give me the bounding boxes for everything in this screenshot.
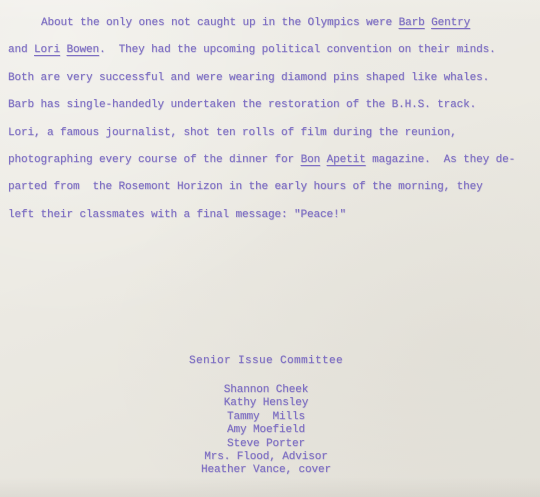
typed-line: Lori, a famous journalist, shot ten roll… (8, 120, 534, 147)
committee-member: Heather Vance, cover (0, 464, 532, 477)
committee-member: Mrs. Flood, Advisor (0, 451, 532, 464)
underlined-text: Bowen (67, 44, 100, 56)
committee-member: Kathy Hensley (0, 397, 532, 410)
committee-heading: Senior Issue Committee (0, 354, 532, 368)
typed-line: Both are very successful and were wearin… (8, 65, 534, 92)
typed-line: parted from the Rosemont Horizon in the … (8, 174, 534, 201)
committee-member: Amy Moefield (0, 424, 532, 437)
underlined-text: Barb (399, 17, 425, 29)
typed-line: photographing every course of the dinner… (8, 147, 534, 174)
underlined-text: Apetit (327, 154, 366, 166)
typed-paragraph: About the only ones not caught up in the… (8, 10, 534, 229)
typewritten-page: About the only ones not caught up in the… (0, 0, 540, 497)
underlined-text: Gentry (431, 17, 470, 29)
typed-line: Barb has single-handedly undertaken the … (8, 92, 534, 119)
underlined-text: Bon (301, 154, 321, 166)
typed-line: About the only ones not caught up in the… (8, 10, 534, 37)
typed-line: left their classmates with a final messa… (8, 202, 534, 229)
committee-member: Steve Porter (0, 438, 532, 451)
committee-list: Shannon CheekKathy HensleyTammy MillsAmy… (0, 384, 532, 478)
typed-line: and Lori Bowen. They had the upcoming po… (8, 37, 534, 64)
committee-member: Tammy Mills (0, 411, 532, 424)
committee-member: Shannon Cheek (0, 384, 532, 397)
underlined-text: Lori (34, 44, 60, 56)
